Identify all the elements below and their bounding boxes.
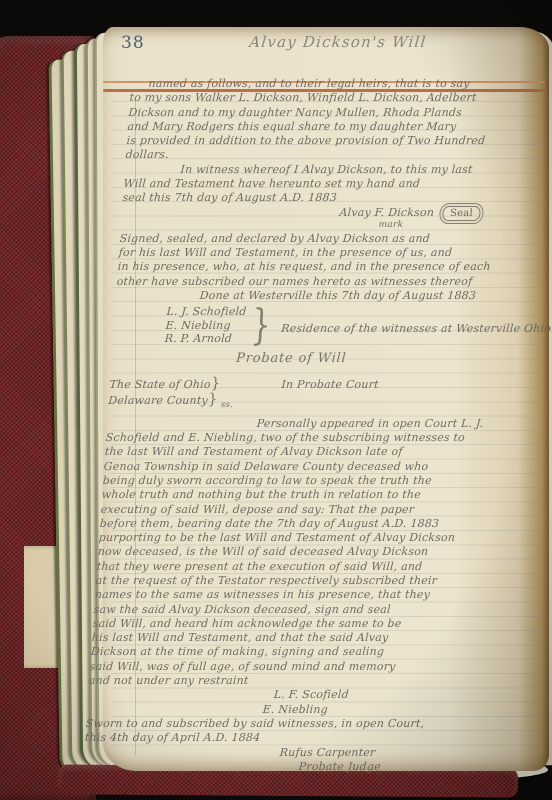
manuscript-line: said Will, was of full age, of sound min…: [89, 660, 496, 674]
probate-heading: Probate of Will: [131, 352, 452, 366]
manuscript-line: for his last Will and Testament, in the …: [118, 246, 525, 260]
witness-court-signature: L. F. Scofield: [273, 688, 494, 702]
witness-signature: L. J. Schofield: [166, 305, 247, 319]
manuscript-line: whole truth and nothing but the truth in…: [101, 488, 508, 502]
manuscript-line: said Will, and heard him acknowledge the…: [92, 617, 499, 631]
manuscript-line: In witness whereof I Alvay Dickson, to t…: [124, 163, 531, 177]
manuscript-line: Dickson and to my daughter Nancy Mullen,…: [128, 106, 535, 120]
manuscript-line: Will and Testament have hereunto set my …: [123, 177, 530, 191]
manuscript-line: the last Will and Testament of Alvay Dic…: [104, 445, 511, 459]
witness-residence: Residence of the witnesses at Westervill…: [281, 322, 552, 336]
witness-court-signature: E. Niebling: [262, 703, 493, 717]
manuscript-line: and Mary Rodgers this equal share to my …: [127, 120, 534, 134]
venue-county: Delaware County} ss.: [108, 392, 515, 412]
manuscript-line: Schofield and E. Niebling, two of the su…: [105, 431, 512, 445]
brace-glyph: }: [210, 374, 221, 392]
manuscript-line: is provided in addition to the above pro…: [126, 134, 533, 148]
manuscript-line: Signed, sealed, and declared by Alvay Di…: [119, 232, 526, 246]
manuscript-line: that they were present at the execution …: [96, 560, 503, 574]
manuscript-line: other have subscribed our names hereto a…: [116, 275, 523, 289]
brace-glyph: }: [207, 390, 218, 408]
manuscript-line: Sworn to and subscribed by said witnesse…: [85, 717, 492, 731]
witness-signature: R. P. Arnold: [164, 332, 245, 346]
manuscript-line: his last Will and Testament, and that th…: [91, 631, 498, 645]
venue-state-text: The State of Ohio: [109, 378, 211, 391]
manuscript-line: this 4th day of April A.D. 1884: [84, 731, 491, 745]
manuscript-line: being duly sworn according to law to spe…: [102, 474, 509, 488]
testator-signature: Alvay F. Dickson: [339, 206, 435, 220]
testator-signature-row: Alvay F. Dickson Seal: [339, 206, 528, 221]
venue-county-text: Delaware County: [108, 394, 208, 407]
ledger-page: 38 Alvay Dickson's Will named as follows…: [103, 27, 549, 771]
manuscript-line: at the request of the Testator respectiv…: [95, 574, 502, 588]
manuscript-line: named as follows, and to their legal hei…: [130, 77, 537, 91]
manuscript-line: now deceased, is the Will of said deceas…: [97, 545, 504, 559]
judge-title: Probate Judge: [298, 760, 489, 774]
manuscript-text: named as follows, and to their legal hei…: [82, 77, 537, 774]
manuscript-line: purporting to be the last Will and Testa…: [98, 531, 505, 545]
brace-glyph: }: [250, 306, 272, 344]
manuscript-line: to my sons Walker L. Dickson, Winfield L…: [129, 91, 536, 105]
venue-state: The State of Ohio}: [109, 376, 282, 392]
venue-court: In Probate Court: [281, 378, 379, 392]
manuscript-line: executing of said Will, depose and say: …: [100, 503, 507, 517]
venue-row: The State of Ohio} In Probate Court: [109, 376, 516, 392]
seal-badge: Seal: [442, 206, 482, 221]
witness-signature: E. Niebling: [165, 319, 246, 333]
manuscript-line: saw the said Alvay Dickson deceased, sig…: [93, 603, 500, 617]
page-number: 38: [121, 33, 145, 53]
witness-block: L. J. Schofield E. Niebling R. P. Arnold…: [164, 305, 521, 346]
page-title: Alvay Dickson's Will: [212, 33, 464, 51]
venue-ss: ss.: [221, 400, 234, 410]
manuscript-line: Personally appeared in open Court L. J.: [106, 417, 513, 431]
manuscript-line: in his presence, who, at his request, an…: [117, 260, 524, 274]
manuscript-line: seal this 7th day of August A.D. 1883: [122, 191, 529, 205]
witness-names: L. J. Schofield E. Niebling R. P. Arnold: [164, 305, 247, 346]
manuscript-line: Done at Westerville this 7th day of Augu…: [115, 289, 522, 303]
manuscript-line: before them, bearing date the 7th day of…: [99, 517, 506, 531]
manuscript-line: dollars.: [125, 148, 532, 162]
manuscript-line: names to the same as witnesses in his pr…: [94, 588, 501, 602]
record-book-photo: 38 Alvay Dickson's Will named as follows…: [0, 0, 552, 800]
mark-label: mark: [378, 220, 527, 230]
manuscript-line: and not under any restraint: [88, 674, 495, 688]
manuscript-line: Dickson at the time of making, signing a…: [90, 645, 497, 659]
judge-signature: Rufus Carpenter: [279, 746, 490, 760]
manuscript-line: Genoa Township in said Delaware County d…: [103, 460, 510, 474]
